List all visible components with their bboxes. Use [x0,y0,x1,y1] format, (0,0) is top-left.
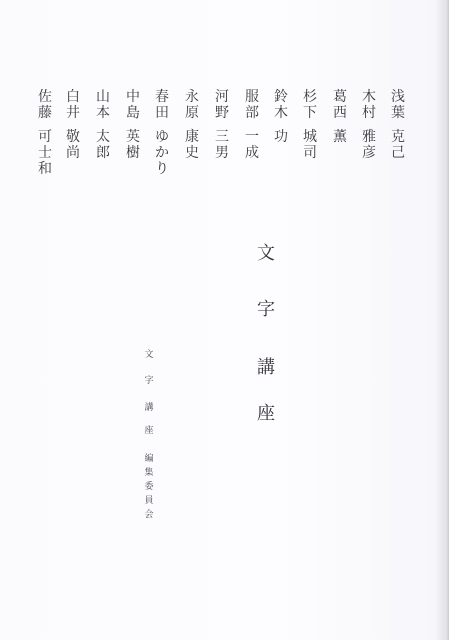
author-name: 杉下城司 [301,89,319,161]
author-given-char: り [155,161,169,177]
editor-char: 員 [143,496,155,506]
author-surname-char: 島 [126,105,140,121]
author-surname-char: 白 [66,89,80,105]
author-given-char: 可 [38,129,52,145]
author-given-char: 一 [245,129,259,145]
author-given-char: 士 [38,145,52,161]
author-given-char: 雅 [362,129,376,145]
author-surname-char: 杉 [303,89,317,105]
author-given-char: 城 [303,129,317,145]
author-given-char: 郎 [96,145,110,161]
author-given-char: か [155,145,169,161]
title-char: 座 [256,404,276,424]
author-given-char: 史 [185,145,199,161]
author-surname-char: 山 [96,89,110,105]
author-given-char: 己 [391,145,405,161]
author-given-char: 克 [391,129,405,145]
author-name: 鈴木功 [272,89,290,145]
author-given-char: 尚 [66,145,80,161]
author-given-char: 敬 [66,129,80,145]
author-surname-char: 西 [333,105,347,121]
author-surname-char: 中 [126,89,140,105]
author-name: 葛西薫 [331,89,349,145]
title-char: 文 [256,244,276,264]
editor-char: 文 [143,350,155,360]
author-surname-char: 部 [245,105,259,121]
author-name: 木村雅彦 [360,89,378,161]
author-name: 佐藤可士和 [36,89,54,177]
author-surname-char: 鈴 [274,89,288,105]
author-surname-char: 本 [96,105,110,121]
author-name: 浅葉克己 [389,89,407,161]
editor-char: 座 [143,426,155,436]
author-surname-char: 浅 [391,89,405,105]
author-name: 河野三男 [213,89,231,161]
book-cover-page: 浅葉克己木村雅彦葛西薫杉下城司鈴木功服部一成河野三男永原康史春田ゆかり中島英樹山… [0,0,449,640]
author-name: 服部一成 [243,89,261,161]
author-name: 白井敬尚 [64,89,82,161]
editor-char: 編 [143,454,155,464]
author-surname-char: 藤 [38,105,52,121]
author-surname-char: 春 [155,89,169,105]
author-given-char: 彦 [362,145,376,161]
author-given-char: 樹 [126,145,140,161]
author-given-char: ゆ [155,129,169,145]
author-given-char: 司 [303,145,317,161]
author-surname-char: 野 [215,105,229,121]
author-given-char: 男 [215,145,229,161]
author-given-char: 太 [96,129,110,145]
editor-char: 集 [143,468,155,478]
author-name: 永原康史 [183,89,201,161]
author-given-char: 三 [215,129,229,145]
author-name: 山本太郎 [94,89,112,161]
editor-char: 字 [143,376,155,386]
author-surname-char: 田 [155,105,169,121]
author-given-char: 和 [38,161,52,177]
author-surname-char: 佐 [38,89,52,105]
author-surname-char: 葉 [391,105,405,121]
author-surname-char: 木 [362,89,376,105]
author-given-char: 成 [245,145,259,161]
author-surname-char: 下 [303,105,317,121]
author-surname-char: 服 [245,89,259,105]
author-surname-char: 永 [185,89,199,105]
editor-char: 委 [143,482,155,492]
author-given-char: 薫 [333,129,347,145]
page-edge [445,0,449,640]
editor-char: 講 [143,403,155,413]
editor-char: 会 [143,510,155,520]
author-surname-char: 葛 [333,89,347,105]
title-char: 字 [256,300,276,320]
title-char: 講 [256,358,276,378]
author-surname-char: 村 [362,105,376,121]
author-surname-char: 河 [215,89,229,105]
author-given-char: 康 [185,129,199,145]
author-surname-char: 井 [66,105,80,121]
author-given-char: 功 [274,129,288,145]
author-surname-char: 原 [185,105,199,121]
author-name: 春田ゆかり [153,89,171,177]
author-surname-char: 木 [274,105,288,121]
author-given-char: 英 [126,129,140,145]
author-name: 中島英樹 [124,89,142,161]
